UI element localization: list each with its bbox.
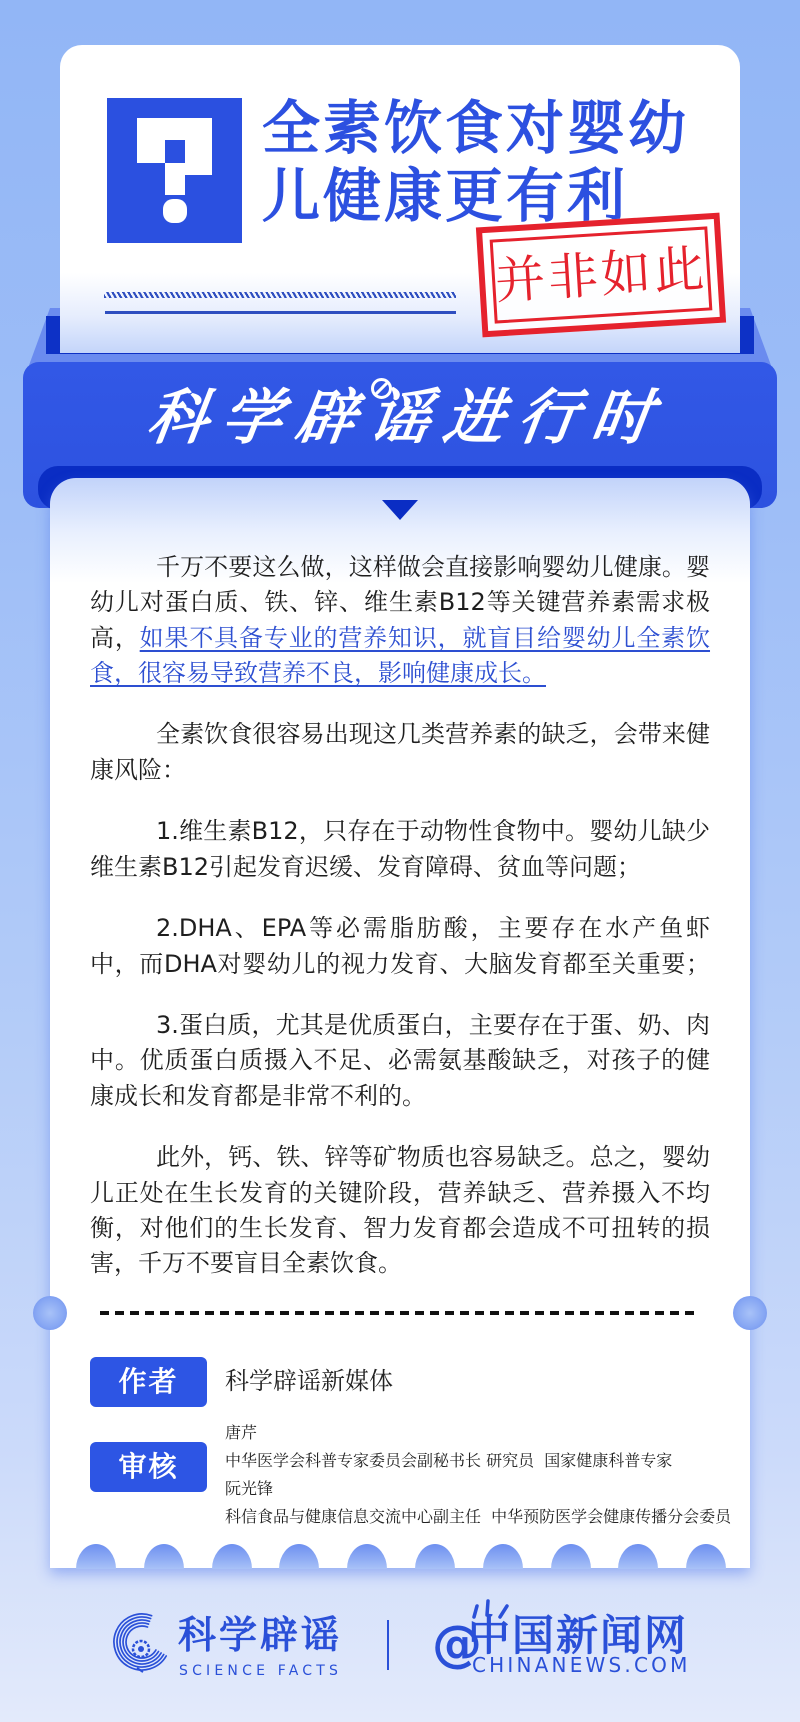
text-line: 康成长和发育都是非常不利的。 [90,1079,710,1114]
verdict-stamp: 并非如此 [476,213,726,338]
paragraph: 2.DHA、EPA等必需脂肪酸，主要存在水产鱼虾 中，而DHA对婴幼儿的视力发育… [90,911,710,982]
chinanews-logo-subtitle: CHINANEWS.COM [472,1654,691,1676]
reviewer-name: 唐芹 [225,1419,731,1447]
science-facts-logo-subtitle: SCIENCE FACTS [179,1663,342,1679]
text-line: 衡，对他们的生长发育、智力发育都会造成不可扭转的损 [90,1211,710,1246]
page-title: 全素饮食对婴幼 儿健康更有利 [262,94,689,230]
text-line: 高，如果不具备专业的营养知识，就盲目给婴幼儿全素饮 [90,621,710,656]
paragraph: 千万不要这么做，这样做会直接影响婴幼儿健康。婴 幼儿对蛋白质、铁、锌、维生素B1… [90,550,710,691]
text-line: 中，而DHA对婴幼儿的视力发育、大脑发育都至关重要； [90,947,710,982]
highlighted-text: 食，很容易导致营养不良，影响健康成长。 [90,659,546,687]
text-line: 全素饮食很容易出现这几类营养素的缺乏，会带来健 [90,717,710,752]
text-segment: 高， [90,624,140,652]
text-line: 幼儿对蛋白质、铁、锌、维生素B12等关键营养素需求极 [90,585,710,620]
text-line: 食，很容易导致营养不良，影响健康成长。 [90,656,710,691]
reviewer-name: 阮光锋 [225,1475,731,1503]
text-line: 2.DHA、EPA等必需脂肪酸，主要存在水产鱼虾 [90,911,710,946]
text-line: 儿正处在生长发育的关键阶段，营养缺乏、营养摄入不均 [90,1176,710,1211]
text-line: 1.维生素B12，只存在于动物性食物中。婴幼儿缺少 [90,814,710,849]
reviewer-title: 科信食品与健康信息交流中心副主任 中华预防医学会健康传播分会委员 [225,1503,731,1531]
article-body: 千万不要这么做，这样做会直接影响婴幼儿健康。婴 幼儿对蛋白质、铁、锌、维生素B1… [90,550,710,1308]
ticket-notch-left [33,1296,67,1330]
poster: 全素饮食对婴幼 儿健康更有利 并非如此 科学辟谣进行时 千万不要这么做，这样做会… [0,0,800,1722]
science-facts-swirl-icon [110,1610,174,1678]
down-triangle-icon [382,500,418,520]
stamp-text: 并非如此 [494,244,709,307]
hatched-divider [104,292,456,298]
title-underline [105,311,456,314]
text-line: 害，千万不要盲目全素饮食。 [90,1246,710,1281]
title-line-1: 全素饮食对婴幼 [262,94,689,162]
banner-title: 科学辟谣进行时 [18,382,782,454]
dashed-divider [100,1311,700,1315]
ticket-notch-right [733,1296,767,1330]
text-line: 此外，钙、铁、锌等矿物质也容易缺乏。总之，婴幼 [90,1140,710,1175]
text-line: 3.蛋白质，尤其是优质蛋白，主要存在于蛋、奶、肉 [90,1008,710,1043]
science-facts-logo-text: 科学辟谣 [178,1614,342,1656]
paragraph: 此外，钙、铁、锌等矿物质也容易缺乏。总之，婴幼 儿正处在生长发育的关键阶段，营养… [90,1140,710,1281]
reviewer-label: 审核 [90,1442,207,1492]
author-name: 科学辟谣新媒体 [225,1366,393,1396]
reviewer-title: 中华医学会科普专家委员会副秘书长 研究员 国家健康科普专家 [225,1447,731,1475]
author-label: 作者 [90,1357,207,1407]
chinanews-logo-text: 中国新闻网 [468,1614,688,1658]
paragraph: 1.维生素B12，只存在于动物性食物中。婴幼儿缺少 维生素B12引起发育迟缓、发… [90,814,710,885]
reviewer-list: 唐芹 中华医学会科普专家委员会副秘书长 研究员 国家健康科普专家 阮光锋 科信食… [225,1419,731,1531]
text-line: 中。优质蛋白质摄入不足、必需氨基酸缺乏，对孩子的健 [90,1043,710,1078]
highlighted-text: 如果不具备专业的营养知识，就盲目给婴幼儿全素饮 [140,624,710,652]
question-mark-icon [107,98,242,243]
slash-circle-icon [371,378,392,399]
text-line: 千万不要这么做，这样做会直接影响婴幼儿健康。婴 [90,550,710,585]
stamp-inner-frame: 并非如此 [490,226,713,323]
text-line: 维生素B12引起发育迟缓、发育障碍、贫血等问题； [90,850,710,885]
paragraph: 3.蛋白质，尤其是优质蛋白，主要存在于蛋、奶、肉 中。优质蛋白质摄入不足、必需氨… [90,1008,710,1114]
text-line: 康风险： [90,753,710,788]
logo-divider [387,1620,389,1670]
paragraph: 全素饮食很容易出现这几类营养素的缺乏，会带来健 康风险： [90,717,710,788]
